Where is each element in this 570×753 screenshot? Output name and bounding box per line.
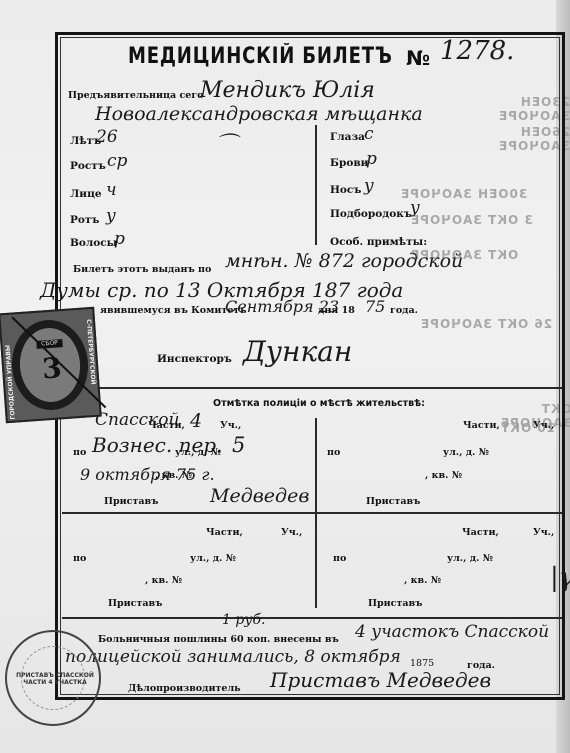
ticket-number: 1278.: [440, 36, 514, 66]
police-2-po-label: по: [327, 447, 340, 458]
feature-height-value: ср: [107, 151, 127, 171]
police-2-uch-label: Уч.,: [533, 420, 554, 431]
police-4-kv-label: , кв. №: [404, 575, 441, 586]
police-3-street-label: ул., д. №: [190, 553, 236, 564]
day-label: дня 18: [318, 305, 355, 316]
police-4-street-label: ул., д. №: [447, 553, 493, 564]
feature-face-label: Лице: [70, 188, 102, 200]
feature-brows-value: р: [366, 149, 377, 169]
year-suffix: 75: [365, 297, 385, 316]
police-4-uch-label: Уч.,: [533, 527, 554, 538]
clerk-label: Дѣлопроизводитель: [128, 683, 241, 694]
police-4-pristav-label: Приставъ: [368, 598, 422, 609]
fee-value-line1: 4 участокъ Спасской: [355, 622, 549, 642]
stamp-oval: СБОР 3: [9, 317, 91, 412]
feature-mouth-label: Ротъ: [70, 214, 99, 226]
feature-hair-label: Волосы: [70, 237, 117, 249]
fee-divider: [62, 617, 562, 619]
police-2-part-label: Части,: [463, 420, 500, 431]
police-1-signature: Медведев: [210, 485, 309, 507]
police-1-pristav-label: Приставъ: [104, 496, 158, 507]
police-1-uch-label: Уч.,: [220, 420, 241, 431]
feature-nose-label: Носъ: [330, 184, 361, 196]
feature-eyes-value: с: [364, 124, 374, 144]
document-title: МЕДИЦИНСКІЙ БИЛЕТЪ: [128, 44, 393, 69]
issued-text-line2: Думы ср. по 13 Октября 187 года: [40, 278, 403, 302]
margin-mark: |γ: [550, 563, 570, 593]
feature-chin-label: Подбородокъ: [330, 208, 412, 220]
police-heading: Отмѣтка полиціи о мѣстѣ жительствѣ:: [213, 398, 425, 409]
police-2-pristav-label: Приставъ: [366, 496, 420, 507]
police-1-note: 9 октября 75 г.: [80, 465, 215, 484]
inspector-label: Инспекторъ: [157, 353, 232, 365]
fee-value-line2: полицейской занимались, 8 октября: [65, 647, 401, 667]
year-label: года.: [390, 305, 418, 316]
section-divider: [62, 387, 562, 389]
police-3-pristav-label: Приставъ: [108, 598, 162, 609]
police-1-house: 5: [232, 433, 245, 457]
feature-hair-value: р: [114, 229, 125, 249]
issued-text-line1: мнѣн. № 872 городской: [225, 250, 463, 272]
issued-label: Билетъ этотъ выданъ по: [73, 264, 211, 275]
police-1-po-label: по: [73, 447, 86, 458]
feature-mouth-value: у: [106, 206, 116, 226]
handwritten-flourish: ⌒: [215, 128, 237, 159]
revenue-stamp: СБОР 3 ГОРОДСКОЙ УПРАВЫ С-ПЕТЕРБУРГСКОЙ: [0, 307, 102, 423]
feature-height-label: Ростъ: [70, 160, 106, 172]
feature-brows-label: Брови: [330, 157, 368, 169]
feature-eyes-label: Глаза: [330, 131, 365, 143]
inspector-signature: Дункан: [243, 335, 352, 368]
fee-label: Больничныя пошлины 60 коп. внесены въ: [98, 634, 339, 645]
police-2-kv-label: , кв. №: [425, 470, 462, 481]
clerk-signature: Приставъ Медведев: [270, 668, 491, 692]
feature-age-value: 26: [96, 127, 118, 147]
police-seal: ПРИСТАВЪ СПАССКОЙ ЧАСТИ 4 УЧАСТКА: [5, 630, 101, 726]
bearer-origin: Новоалександровская мѣщанка: [95, 103, 423, 125]
police-3-uch-label: Уч.,: [281, 527, 302, 538]
feature-face-value: ч: [106, 180, 117, 200]
number-sign: №: [406, 46, 430, 70]
police-1-part-num: 4: [190, 410, 202, 432]
police-4-part-label: Части,: [462, 527, 499, 538]
police-3-po-label: по: [73, 553, 86, 564]
fee-note-above: 1 руб.: [222, 612, 265, 628]
police-3-kv-label: , кв. №: [145, 575, 182, 586]
police-1-part-label: Части,: [148, 420, 185, 431]
feature-nose-value: у: [364, 176, 374, 196]
bearer-name: Мендикъ Юлія: [200, 78, 375, 103]
seal-text: ПРИСТАВЪ СПАССКОЙ ЧАСТИ 4 УЧАСТКА: [11, 672, 99, 686]
police-4-po-label: по: [333, 553, 346, 564]
police-2-street-label: ул., д. №: [443, 447, 489, 458]
feature-marks-label: Особ. примѣты:: [330, 236, 427, 248]
features-divider: [315, 125, 317, 245]
police-row-divider: [62, 512, 562, 514]
bearer-label: Предъявительница сего: [68, 90, 204, 101]
feature-chin-value: у: [410, 198, 420, 218]
police-1-street-label: ул., д. №: [175, 447, 221, 458]
police-3-part-label: Части,: [206, 527, 243, 538]
